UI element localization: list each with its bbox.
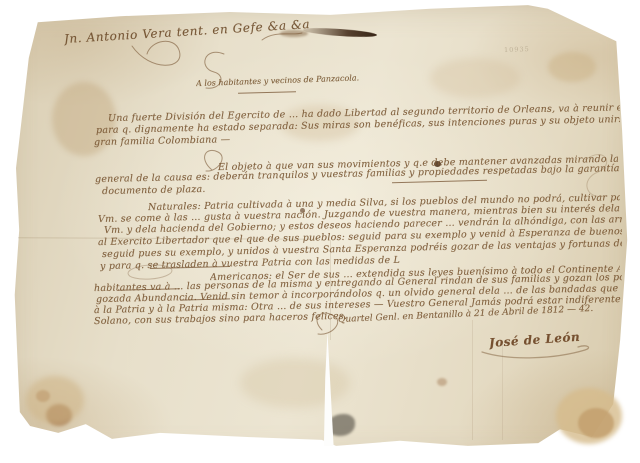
- photo-of-manuscript: Jn. Antonio Vera tent. en Gefe &a &a &a.…: [0, 0, 640, 463]
- pencil-note: 10935: [504, 45, 530, 54]
